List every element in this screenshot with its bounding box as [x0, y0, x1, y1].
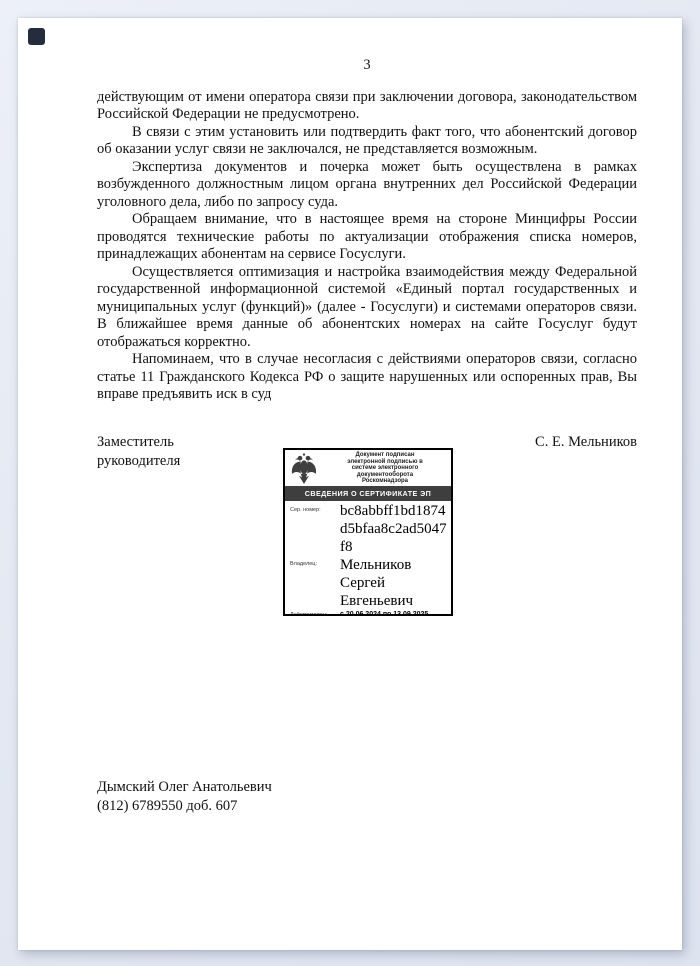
validity-value: с 20.06.2024 по 13.09.2025 [340, 610, 448, 616]
digital-signature-stamp: Документ подписан электронной подписью в… [283, 448, 453, 616]
signer-name: С. Е. Мельников [535, 433, 637, 452]
paragraph: В связи с этим установить или подтвердит… [97, 124, 637, 159]
roskomnadzor-eagle-icon [288, 452, 320, 484]
paragraph: Обращаем внимание, что в настоящее время… [97, 211, 637, 264]
stamp-field-owner: Владелец: Мельников Сергей Евгеньевич [285, 556, 448, 610]
executor-contact-block: Дымский Олег Анатольевич (812) 6789550 д… [97, 778, 272, 815]
signer-position-line2: руководителя [97, 452, 180, 471]
serial-value: bc8abbff1bd1874d5bfaa8c2ad5047f8 [340, 502, 448, 556]
letter-body: 3 действующим от имени оператора связи п… [97, 57, 637, 404]
owner-label: Владелец: [285, 556, 340, 610]
stamp-header-line: Документ подписан [322, 452, 448, 459]
stamp-field-validity: Действителен: с 20.06.2024 по 13.09.2025 [285, 610, 448, 616]
paragraph-continuation: действующим от имени оператора связи при… [97, 89, 637, 124]
paragraph: Напоминаем, что в случае несогласия с де… [97, 351, 637, 404]
dark-corner-marker [28, 28, 45, 45]
executor-name: Дымский Олег Анатольевич [97, 778, 272, 797]
stamp-field-serial: Сер. номер: bc8abbff1bd1874d5bfaa8c2ad50… [285, 502, 448, 556]
executor-phone: (812) 6789550 доб. 607 [97, 797, 272, 816]
owner-value: Мельников Сергей Евгеньевич [340, 556, 448, 610]
stamp-certificate-title: СВЕДЕНИЯ О СЕРТИФИКАТЕ ЭП [285, 486, 451, 501]
signer-position: Заместитель руководителя [97, 433, 180, 471]
serial-label: Сер. номер: [285, 502, 340, 556]
stamp-header-line: электронной подписью в [322, 459, 448, 466]
stamp-header: Документ подписан электронной подписью в… [285, 450, 451, 486]
validity-label: Действителен: [285, 612, 340, 616]
paragraph: Экспертиза документов и почерка может бы… [97, 159, 637, 212]
paragraph: Осуществляется оптимизация и настройка в… [97, 264, 637, 352]
stamp-header-line: документооборота [322, 472, 448, 479]
stamp-certificate-fields: Сер. номер: bc8abbff1bd1874d5bfaa8c2ad50… [285, 501, 451, 616]
document-page: 3 действующим от имени оператора связи п… [18, 18, 682, 950]
signer-position-line1: Заместитель [97, 433, 180, 452]
page-number: 3 [97, 57, 637, 75]
stamp-header-line: Роскомнадзора [322, 478, 448, 485]
stamp-header-text: Документ подписан электронной подписью в… [322, 452, 448, 485]
stamp-header-line: системе электронного [322, 465, 448, 472]
